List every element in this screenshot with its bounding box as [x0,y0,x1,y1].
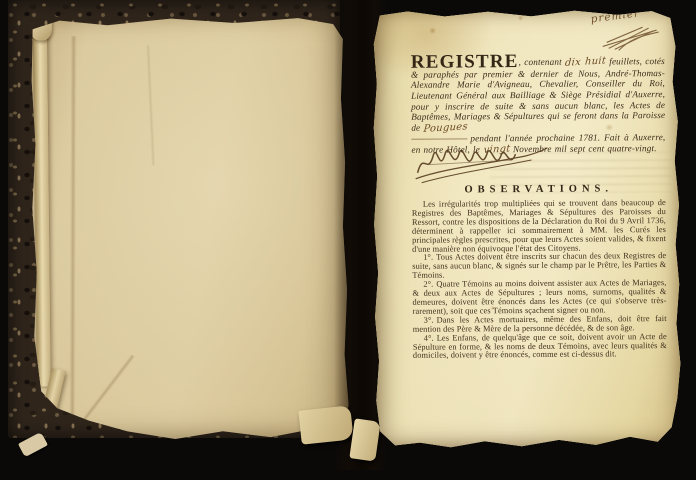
parchment-folded-edge [34,24,51,386]
observations-item: 4°.Les Enfans, de quelqu'âge que ce soit… [413,333,667,361]
page-crease [146,45,155,165]
observations-item: 2°.Quatre Témoins au moins doivent assis… [412,279,666,316]
item-text: Quatre Témoins au moins doivent assister… [412,278,666,315]
observations-heading: OBSERVATIONS. [412,183,666,196]
observations-intro-paragraph: Les irrégularités trop multipliées qui s… [412,199,666,254]
item-number: 4°. [424,333,434,342]
book-scan: premier REGISTRE, contenant dix huit feu… [0,0,696,480]
handwritten-insertion-parish-name: Pougues [423,122,468,135]
observations-body: Les irrégularités trop multipliées qui s… [412,199,667,361]
blank-parchment-flyleaf [28,13,350,442]
curled-page-corner [298,405,353,444]
observations-item: 1°.Tous Actes doivent être inscrits sur … [412,252,666,280]
item-number: 3°. [424,315,434,324]
page-crease [69,36,76,416]
register-print-segment: , contenant [519,57,565,67]
torn-page-fragment [349,418,380,461]
item-text: Les Enfans, de quelqu'âge que ce soit, d… [413,332,667,361]
item-text: Tous Actes doivent être inscrits sur cha… [412,251,666,280]
item-number: 1°. [423,253,433,262]
item-text: Dans les Actes mortuaires, même des Enfa… [413,314,667,334]
ink-paraph-flourish [599,22,663,52]
printed-title-page: premier REGISTRE, contenant dix huit feu… [370,7,682,449]
item-number: 2°. [423,280,433,289]
